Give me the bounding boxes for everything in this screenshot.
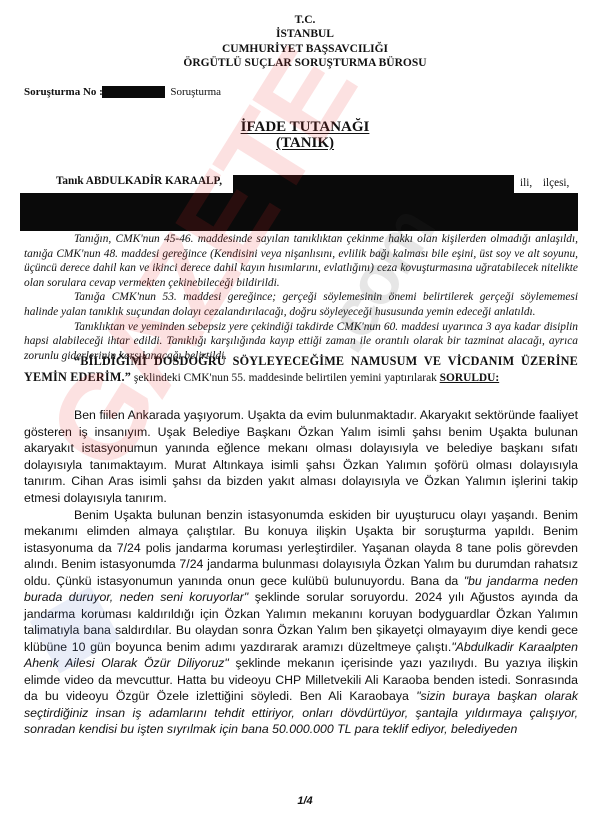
notice-refusal-right: Tanığın, CMK'nun 45-46. maddesinde sayıl… xyxy=(24,232,578,290)
redaction-witness-details-2 xyxy=(20,193,578,231)
investigation-number-label: Soruşturma No : xyxy=(24,86,103,98)
oath-paragraph: “BİLDİĞİMİ DOSDOĞRU SÖYLEYECEĞİME NAMUSU… xyxy=(24,354,578,385)
witness-name: Tanık ABDULKADİR KARAALP, xyxy=(56,175,222,187)
header-bureau: ÖRGÜTLÜ SUÇLAR SORUŞTURMA BÜROSU xyxy=(0,56,610,70)
statement-paragraph-1: Ben fiilen Ankarada yaşıyorum. Uşakta da… xyxy=(24,407,578,506)
title-main: İFADE TUTANAĞI xyxy=(241,119,370,135)
document-page: T.C. İSTANBUL CUMHURİYET BAŞSAVCILIĞI ÖR… xyxy=(0,0,610,821)
document-subtitle: (TANIK) xyxy=(0,134,610,152)
witness-location-label: ili, ilçesi, xyxy=(520,177,569,189)
header-office: CUMHURİYET BAŞSAVCILIĞI xyxy=(0,42,610,56)
statement-paragraph-2: Benim Uşakta bulunan benzin istasyonumda… xyxy=(24,507,578,738)
title-sub: (TANIK) xyxy=(276,135,334,151)
redaction-witness-details-1 xyxy=(233,175,514,194)
redaction-investigation-number xyxy=(102,86,165,98)
header-city: İSTANBUL xyxy=(0,27,610,41)
oath-middle: şeklindeki CMK'nun 55. maddesinde belirt… xyxy=(131,372,440,384)
page-number: 1/4 xyxy=(0,795,610,807)
header-tc: T.C. xyxy=(0,13,610,27)
witness-statement: Ben fiilen Ankarada yaşıyorum. Uşakta da… xyxy=(24,407,578,738)
investigation-suffix: Soruşturma xyxy=(170,86,221,98)
institution-header: T.C. İSTANBUL CUMHURİYET BAŞSAVCILIĞI ÖR… xyxy=(0,13,610,70)
legal-notices: Tanığın, CMK'nun 45-46. maddesinde sayıl… xyxy=(24,232,578,363)
notice-perjury: Tanığa CMK'nun 53. maddesi gereğince; ge… xyxy=(24,290,578,319)
oath-sorulu: SORULDU: xyxy=(440,372,500,384)
